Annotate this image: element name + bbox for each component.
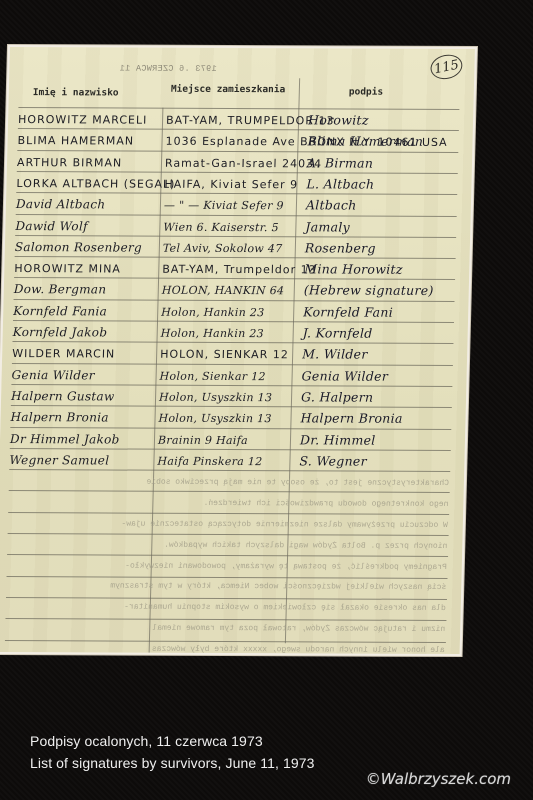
column-header-residence: Miejsce zamieszkania: [171, 84, 286, 95]
ruled-line: [7, 554, 448, 557]
ruled-line: [5, 640, 446, 643]
signature: M. Wilder: [302, 347, 368, 362]
table-body: HOROWITZ MARCELIBAT-YAM, TRUMPELDOR 13Ho…: [10, 47, 475, 49]
table-row: Dow. BergmanHOLON, HANKIN 64(Hebrew sign…: [4, 277, 469, 300]
table-row: Salomon RosenbergTel Aviv, Sokolow 47Ros…: [5, 235, 470, 258]
signature: Dr. Himmel: [300, 432, 376, 447]
signature: J. Kornfeld: [303, 325, 373, 340]
bleed-through-line: dla nas okresie okazał się człowiekiem o…: [16, 602, 446, 613]
table-row: HOROWITZ MINABAT-YAM, Trumpeldor 13Mina …: [4, 256, 469, 279]
residence: Holon, Sienkar 12: [159, 369, 265, 382]
signature: Rosenberg: [305, 240, 376, 255]
residence: — " — Kiviat Sefer 9: [164, 199, 284, 213]
survivor-name: ARTHUR BIRMAN: [17, 156, 123, 169]
bleed-through-line: nizmu i ratując wówczas Żydów, ratował p…: [15, 623, 445, 634]
residence: Ramat-Gan-Israel 24034: [165, 156, 322, 170]
survivor-name: HOROWITZ MARCELI: [18, 113, 148, 127]
residence: HAIFA, Kiviat Sefer 9: [164, 178, 298, 192]
residence: Haifa Pinskera 12: [157, 454, 262, 467]
ruled-line: [8, 533, 449, 536]
residence: Tel Aviv, Sokolow 47: [163, 241, 283, 255]
signature: Jamaly: [305, 219, 350, 234]
ruled-line: [5, 618, 446, 621]
signature: G. Halpern: [301, 389, 374, 404]
survivor-name: Dr Himmel Jakob: [10, 432, 120, 446]
survivor-name: Kornfeld Fania: [13, 304, 107, 318]
table-row: Kornfeld FaniaHolon, Hankin 23Kornfeld F…: [3, 299, 468, 322]
signature: S. Wegner: [299, 453, 367, 468]
table-row: Kornfeld JakobHolon, Hankin 23J. Kornfel…: [3, 320, 468, 343]
bleed-through-line: Pragniemy podkreślić, że postawą tę wyra…: [17, 561, 447, 572]
survivor-name: David Altbach: [16, 197, 106, 211]
table-row: Genia WilderHolon, Sienkar 12Genia Wilde…: [1, 363, 466, 386]
table-row: LORKA ALTBACH (SEGAL)HAIFA, Kiviat Sefer…: [6, 171, 471, 194]
bleed-through-line: nionych przez p. Bolta Żydów wagi dalszy…: [17, 540, 447, 551]
table-row: ARTHUR BIRMANRamat-Gan-Israel 24034A. Bi…: [7, 150, 472, 173]
signature: A. Birman: [307, 155, 374, 170]
table-row: HOROWITZ MARCELIBAT-YAM, TRUMPELDOR 13Ho…: [8, 107, 473, 130]
residence: Holon, Hankin 23: [161, 327, 265, 340]
bleed-through-line: ścią naszych wielkiej wdzięczności wobec…: [16, 582, 446, 593]
bleed-through-line: W odczuciu przeżywamy dalsze niezmiernie…: [18, 519, 448, 530]
table-row: Dr Himmel JakobBrainin 9 HaifaDr. Himmel: [0, 427, 465, 450]
table-row: Wegner SamuelHaifa Pinskera 12S. Wegner: [0, 448, 465, 471]
page-number-circle: 115: [429, 52, 465, 82]
signature: Genia Wilder: [301, 368, 388, 383]
table-row: David Altbach— " — Kiviat Sefer 9Altbach: [6, 192, 471, 215]
table-row: BLIMA HAMERMAN1036 Esplanade Ave BRONX N…: [7, 128, 472, 151]
residence: HOLON, HANKIN 64: [162, 284, 285, 298]
bleed-through-line: nego konkretnego dowodu prawdziwości ich…: [18, 498, 448, 509]
signature-document: 115 1973 .6 CZERWCA 11 Imię i nazwisko M…: [0, 45, 477, 656]
table-grid: [10, 47, 475, 49]
ruled-line: [6, 597, 447, 600]
survivor-name: WILDER MARCIN: [12, 347, 115, 360]
signature: Altbach: [306, 198, 357, 213]
residence: Holon, Usyszkin 13: [158, 412, 271, 425]
residence: Brainin 9 Haifa: [158, 433, 248, 446]
survivor-name: Dow. Bergman: [14, 282, 107, 296]
signature: Blima Hamerman: [307, 134, 423, 150]
survivor-name: Dawid Wolf: [15, 219, 88, 233]
signature: (Hebrew signature): [304, 283, 434, 299]
survivor-name: Salomon Rosenberg: [15, 240, 142, 255]
caption-english: List of signatures by survivors, June 11…: [30, 755, 315, 771]
survivor-name: Kornfeld Jakob: [13, 325, 108, 339]
ruled-line: [9, 490, 450, 493]
bleed-through-text: Charakterystyczne jest to, że osoby te n…: [10, 47, 475, 49]
survivor-name: Halpern Bronia: [10, 410, 109, 424]
ruled-line: [7, 576, 448, 579]
table-row: WILDER MARCINHOLON, SIENKAR 12M. Wilder: [2, 341, 467, 364]
survivor-name: BLIMA HAMERMAN: [17, 134, 134, 148]
survivor-name: HOROWITZ MINA: [14, 262, 121, 275]
residence: Wien 6. Kaiserstr. 5: [163, 220, 279, 234]
caption-polish: Podpisy ocalonych, 11 czerwca 1973: [30, 733, 263, 749]
signature: Halpern Bronia: [300, 411, 403, 426]
column-header-name: Imię i nazwisko: [33, 87, 119, 98]
signature: Mina Horowitz: [304, 261, 403, 276]
table-row: Halpern BroniaHolon, Usyszkin 13Halpern …: [0, 405, 465, 428]
signature: Horowitz: [308, 112, 369, 127]
ruled-line: [8, 512, 449, 515]
bleed-through-line: ale honor wielu innych narodu swego, xxx…: [15, 644, 445, 655]
survivor-name: Halpern Gustaw: [11, 389, 115, 403]
signature: Kornfeld Fani: [303, 304, 393, 319]
residence: HOLON, SIENKAR 12: [160, 348, 289, 362]
table-header: Imię i nazwisko Miejsce zamieszkania pod…: [8, 77, 474, 107]
table-row: Halpern GustawHolon, Usyszkin 13G. Halpe…: [1, 384, 466, 407]
residence: Holon, Hankin 23: [161, 305, 265, 318]
watermark: ©Walbrzyszek.com: [366, 770, 511, 788]
residence: BAT-YAM, Trumpeldor 13: [162, 263, 317, 277]
table-row: Dawid WolfWien 6. Kaiserstr. 5Jamaly: [5, 214, 470, 237]
typed-header-mirrored: 1973 .6 CZERWCA 11: [119, 63, 216, 73]
bleed-through-line: Charakterystyczne jest to, że osoby te n…: [19, 477, 449, 488]
survivor-name: Genia Wilder: [11, 368, 95, 382]
column-header-signature: podpis: [349, 86, 384, 97]
survivor-name: Wegner Samuel: [9, 453, 109, 467]
residence: Holon, Usyszkin 13: [159, 391, 272, 404]
survivor-name: LORKA ALTBACH (SEGAL): [16, 177, 175, 191]
signature: L. Altbach: [306, 176, 374, 191]
